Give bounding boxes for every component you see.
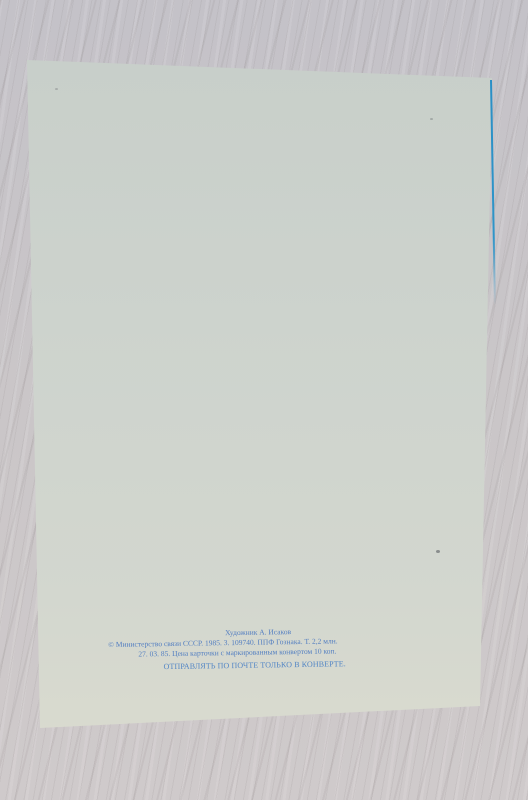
card-speck bbox=[55, 88, 58, 90]
card-speck bbox=[430, 118, 433, 120]
postcard-back bbox=[0, 0, 528, 800]
postcard-imprint: Художник А. Исаков © Министерство связи … bbox=[108, 625, 429, 673]
card-speck bbox=[436, 550, 440, 553]
